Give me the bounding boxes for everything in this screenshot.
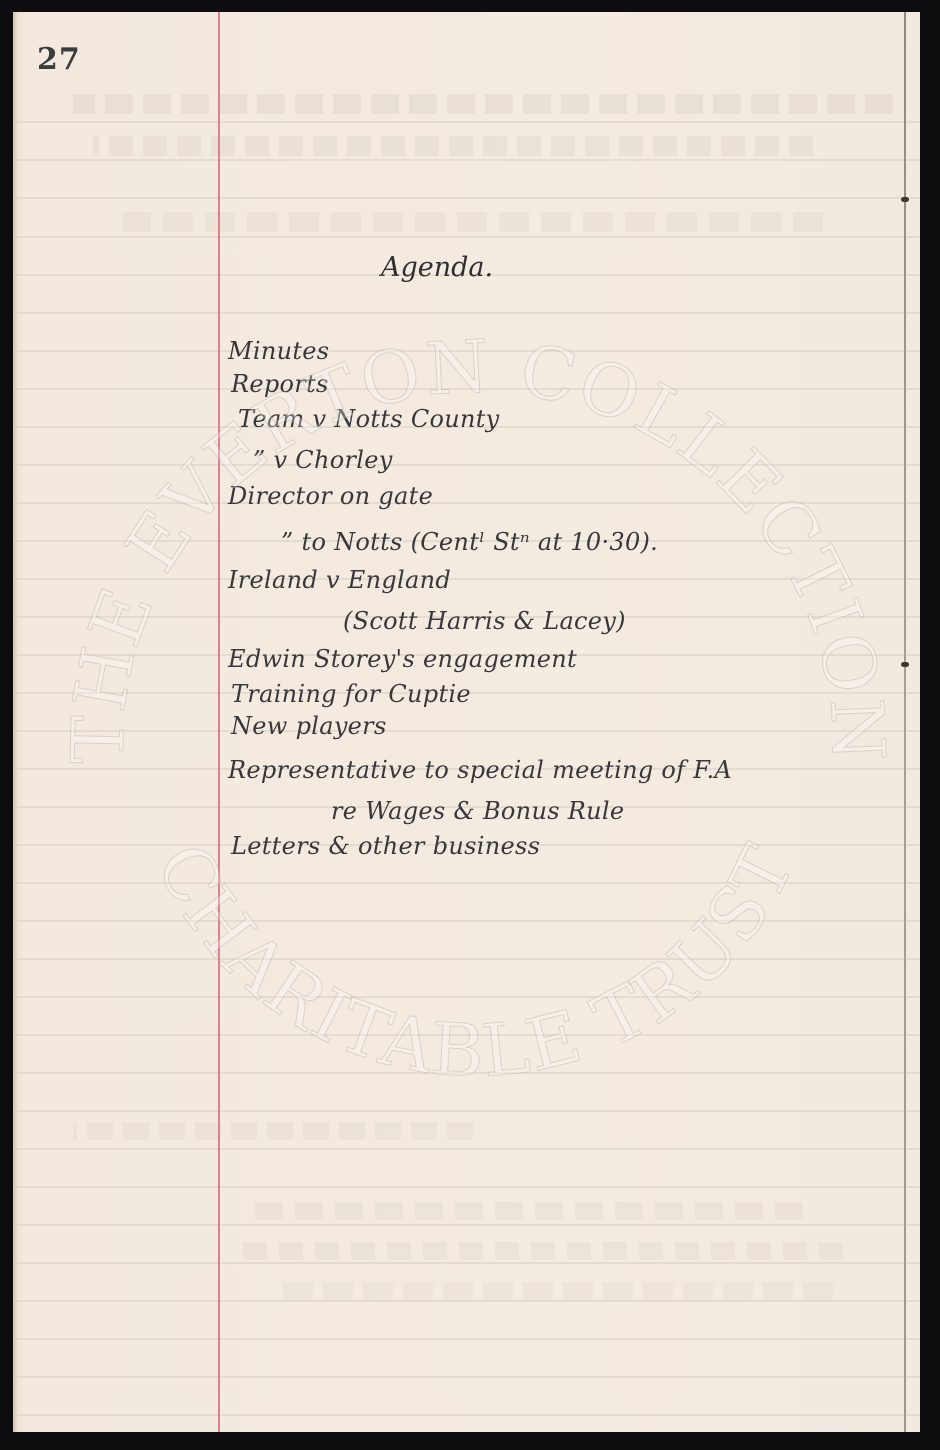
show-through-text bbox=[93, 136, 813, 156]
show-through-text bbox=[73, 94, 893, 114]
agenda-item-team-v-notts: Team v Notts County bbox=[238, 405, 500, 433]
binding-stitch-mark bbox=[901, 662, 909, 667]
agenda-item-wages-bonus: re Wages & Bonus Rule bbox=[331, 797, 624, 825]
show-through-text bbox=[123, 212, 823, 232]
agenda-item-reports: Reports bbox=[231, 370, 329, 398]
binding-stitch-mark bbox=[901, 197, 909, 202]
agenda-heading: Agenda. bbox=[381, 252, 493, 283]
agenda-item-team-v-chorley: ” v Chorley bbox=[253, 446, 393, 474]
page-binding-edge bbox=[904, 12, 906, 1432]
agenda-item-new-players: New players bbox=[231, 712, 387, 740]
agenda-item-training-cuptie: Training for Cuptie bbox=[231, 680, 471, 708]
agenda-item-director-on-gate: Director on gate bbox=[228, 482, 433, 510]
show-through-text bbox=[243, 1202, 803, 1220]
show-through-text bbox=[243, 1242, 843, 1260]
red-margin-rule bbox=[218, 12, 220, 1432]
agenda-item-edwin-storey: Edwin Storey's engagement bbox=[228, 645, 577, 673]
agenda-item-ireland-v-england: Ireland v England bbox=[228, 566, 451, 594]
agenda-item-fa-representative: Representative to special meeting of F.A bbox=[228, 756, 732, 784]
show-through-text bbox=[273, 1282, 833, 1300]
agenda-item-letters: Letters & other business bbox=[231, 832, 540, 860]
show-through-text bbox=[73, 1122, 473, 1140]
ledger-page: 27 Agenda. Minutes Reports Team v Notts … bbox=[13, 12, 920, 1432]
agenda-item-selected-players: (Scott Harris & Lacey) bbox=[343, 607, 626, 635]
agenda-item-director-to-notts: ” to Notts (Centˡ Stⁿ at 10·30). bbox=[281, 528, 658, 556]
page-number: 27 bbox=[37, 42, 81, 77]
agenda-item-minutes: Minutes bbox=[228, 337, 329, 365]
